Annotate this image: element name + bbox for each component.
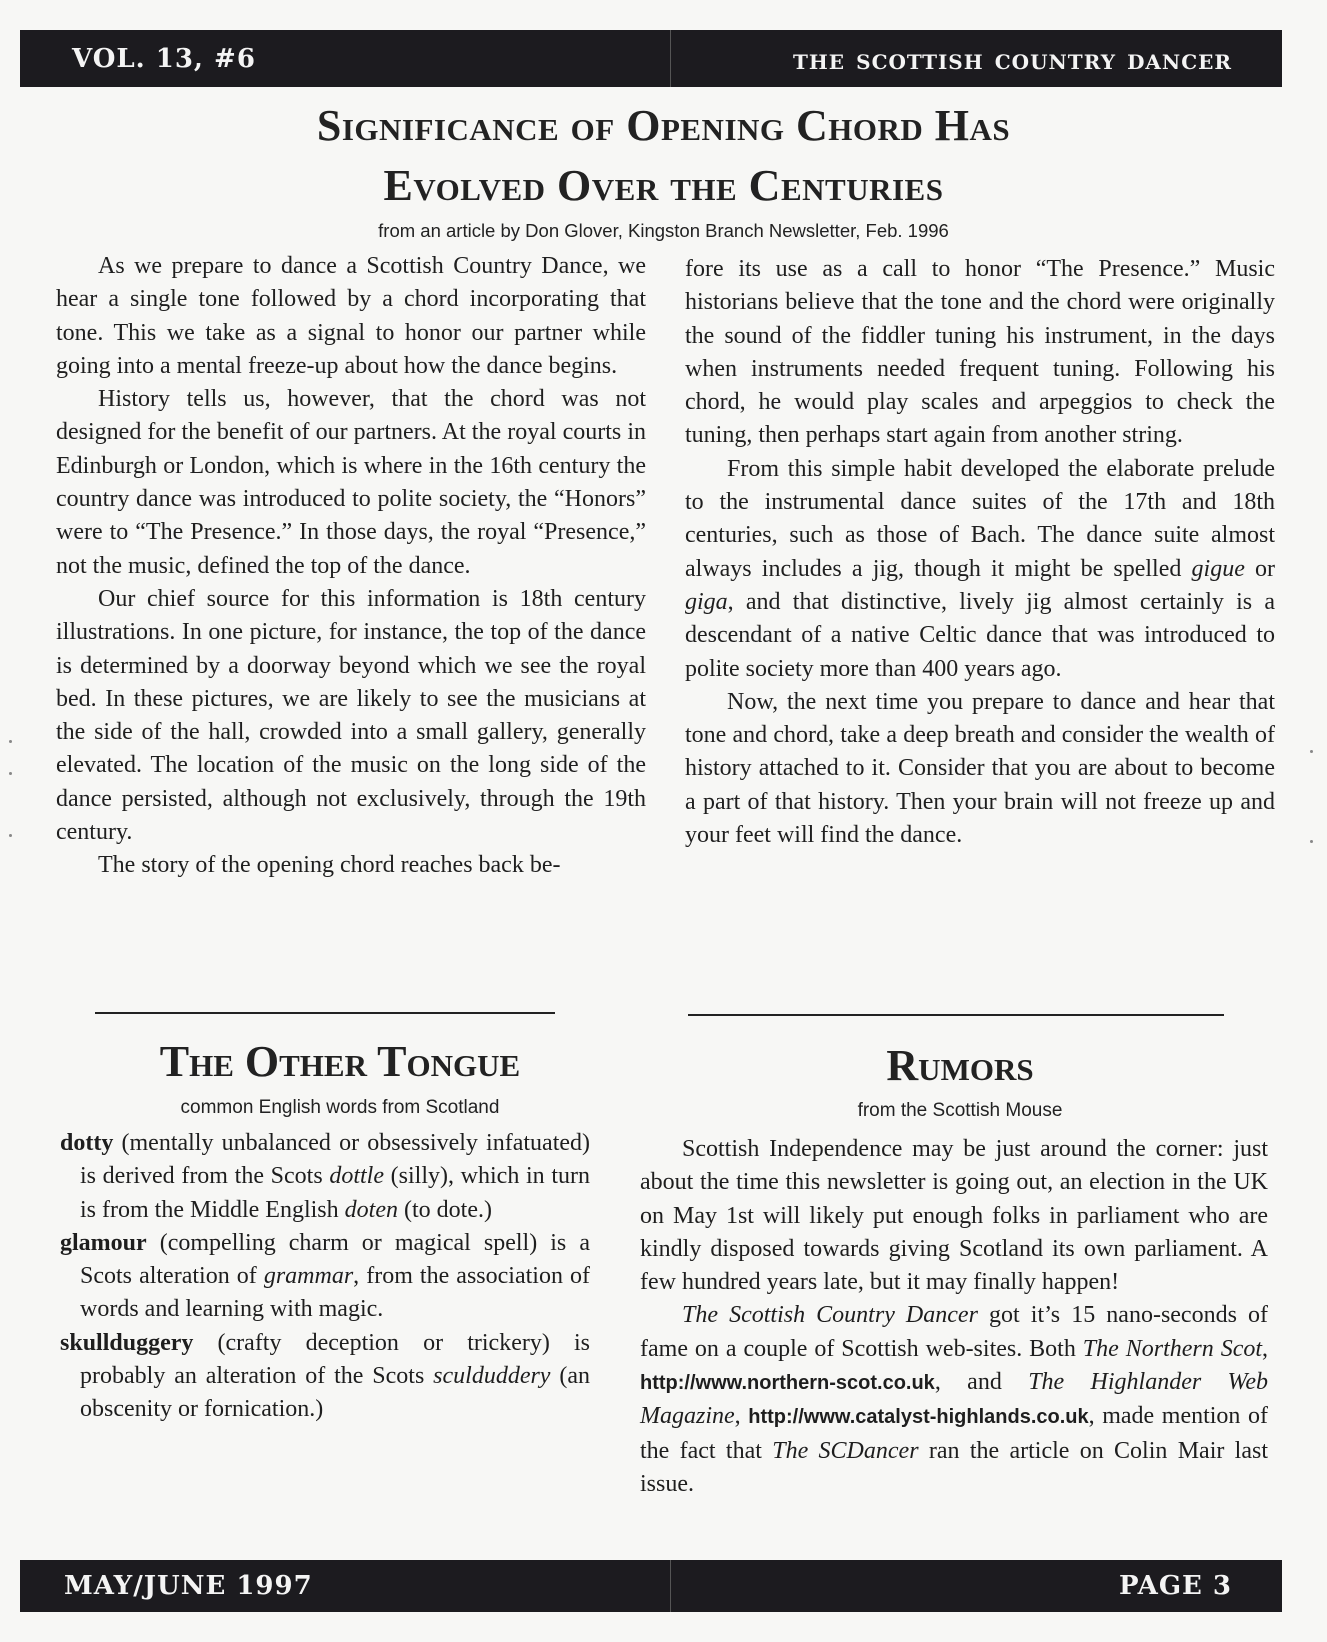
text-run: (to dote.) (398, 1197, 492, 1223)
glossary-entry: skullduggery (crafty deception or tricke… (60, 1327, 590, 1427)
scan-speck (9, 834, 12, 837)
article-column-left: As we prepare to dance a Scottish Countr… (56, 250, 646, 883)
text-run: From this simple habit developed the ela… (685, 456, 1275, 582)
article-byline: from an article by Don Glover, Kingston … (0, 220, 1327, 242)
glossary-list: dotty (mentally unbalanced or obsessivel… (60, 1127, 590, 1427)
publication-title: the scottish country dancer (793, 42, 1232, 76)
footer-band: MAY/JUNE 1997 PAGE 3 (20, 1560, 1282, 1612)
page-number: PAGE 3 (1119, 1571, 1232, 1601)
section-divider-left (95, 1012, 555, 1014)
article-paragraph: The story of the opening chord reaches b… (56, 849, 646, 882)
article-paragraph: As we prepare to dance a Scottish Countr… (56, 250, 646, 383)
article-title-line1: Significance of Opening Chord Has (0, 100, 1327, 151)
rumors-paragraph: The Scottish Country Dancer got it’s 15 … (640, 1299, 1268, 1501)
article-column-right: fore its use as a call to honor “The Pre… (685, 253, 1275, 852)
italic-term: gigue (1192, 556, 1245, 582)
article-title-line2: Evolved Over the Centuries (0, 160, 1327, 211)
scan-speck (1310, 840, 1313, 843)
rumors-body: Scottish Independence may be just around… (640, 1133, 1268, 1501)
rumors-subtitle: from the Scottish Mouse (640, 1100, 1280, 1122)
other-tongue-subtitle: common English words from Scotland (40, 1097, 640, 1119)
glossary-entry: dotty (mentally unbalanced or obsessivel… (60, 1127, 590, 1227)
article-paragraph: fore its use as a call to honor “The Pre… (685, 253, 1275, 453)
italic-title: The Northern Scot (1083, 1336, 1262, 1362)
northern-scot-url: http://www.northern-scot.co.uk (640, 1372, 935, 1394)
scan-speck (9, 772, 12, 775)
scan-seam (670, 30, 671, 87)
article-paragraph: Our chief source for this information is… (56, 583, 646, 849)
rumors-paragraph: Scottish Independence may be just around… (640, 1133, 1268, 1299)
highlander-url: http://www.catalyst-highlands.co.uk (748, 1406, 1088, 1428)
article-paragraph: Now, the next time you prepare to dance … (685, 686, 1275, 852)
scan-seam (670, 1560, 671, 1612)
article-paragraph: From this simple habit developed the ela… (685, 453, 1275, 686)
text-run: , (735, 1403, 749, 1429)
rumors-title: Rumors (640, 1040, 1280, 1091)
text-run: or (1245, 556, 1275, 582)
issue-date: MAY/JUNE 1997 (64, 1571, 313, 1601)
scan-speck (9, 740, 12, 743)
article-paragraph: History tells us, however, that the chor… (56, 383, 646, 583)
other-tongue-title: The Other Tongue (40, 1036, 640, 1087)
glossary-word: skullduggery (60, 1330, 193, 1356)
italic-term: giga (685, 589, 728, 615)
italic-term: dottle (329, 1163, 384, 1189)
volume-issue: VOL. 13, #6 (72, 44, 256, 74)
italic-title: The SCDancer (772, 1438, 918, 1464)
text-run: , (1262, 1336, 1268, 1362)
text-run: , and that distinctive, lively jig almos… (685, 589, 1275, 682)
glossary-word: glamour (60, 1230, 147, 1256)
scan-speck (1310, 750, 1313, 753)
section-divider-right (688, 1014, 1224, 1016)
glossary-word: dotty (60, 1130, 113, 1156)
italic-term: sculduddery (433, 1363, 550, 1389)
italic-title: The Scottish Country Dancer (682, 1302, 978, 1328)
italic-term: grammar (264, 1263, 353, 1289)
text-run: , and (935, 1369, 1028, 1395)
italic-term: doten (345, 1197, 398, 1223)
header-band: VOL. 13, #6 the scottish country dancer (20, 30, 1282, 87)
glossary-entry: glamour (compelling charm or magical spe… (60, 1227, 590, 1327)
